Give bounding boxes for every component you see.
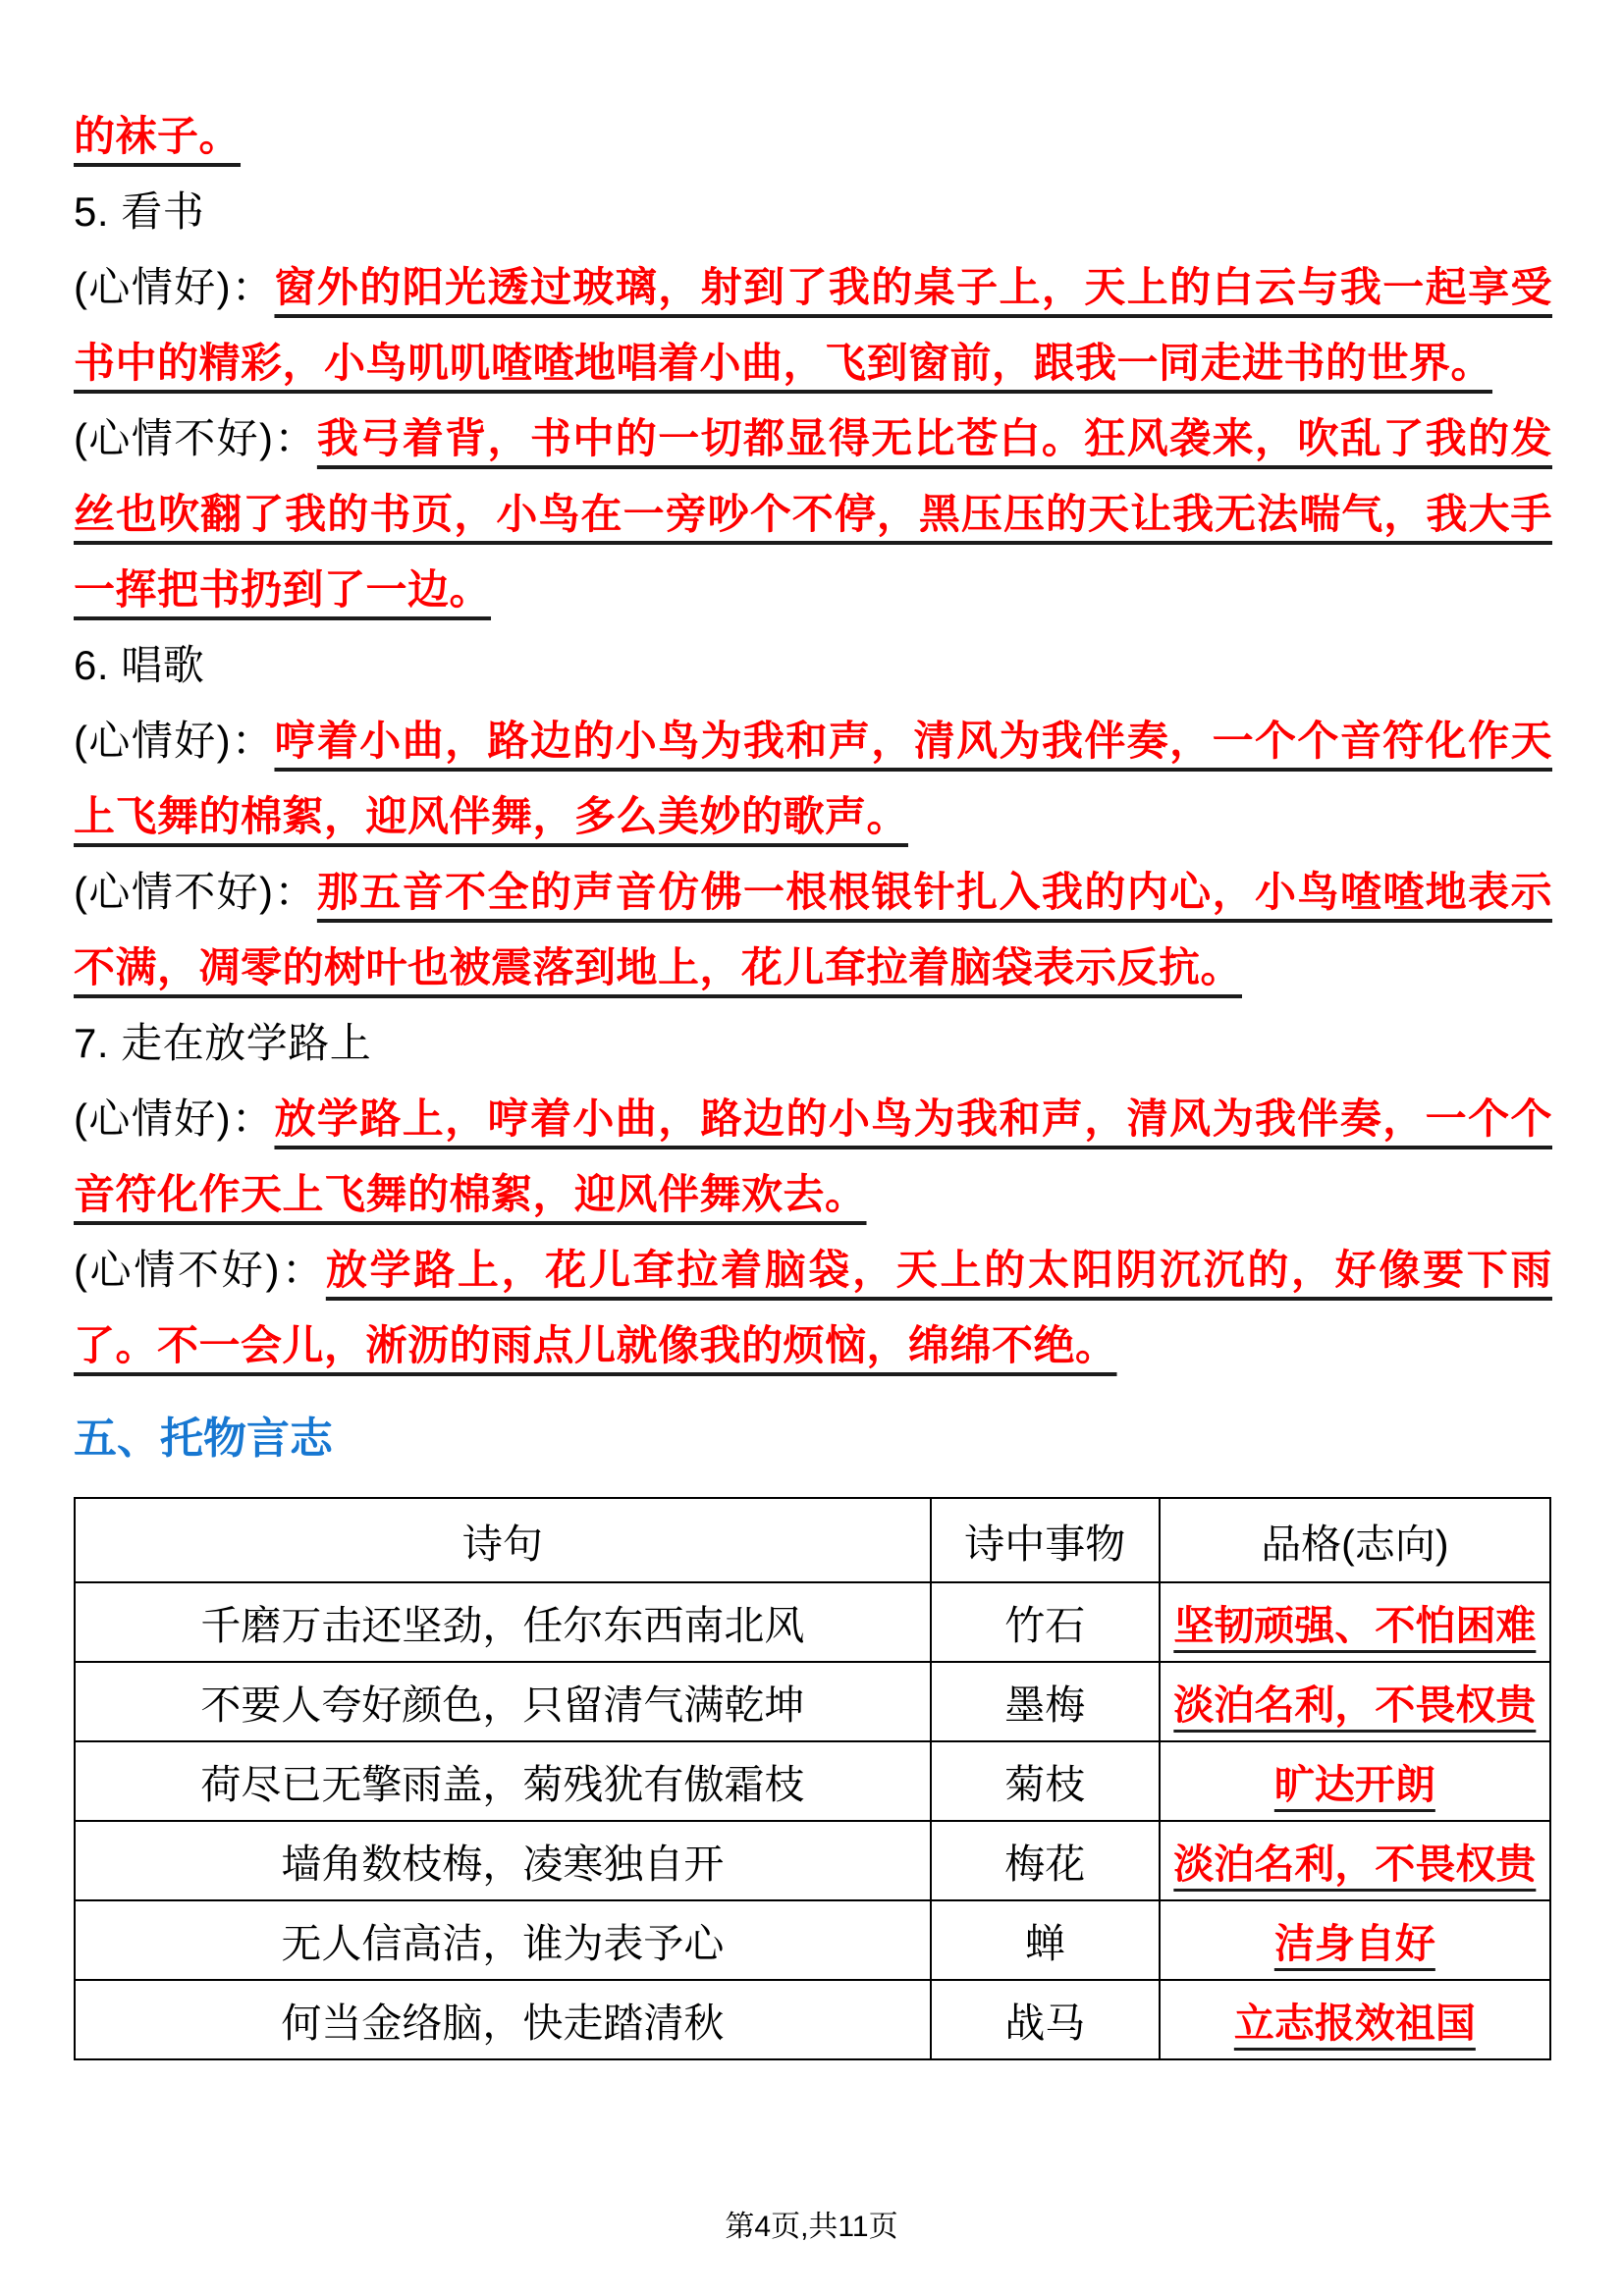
paragraph-tail: 的袜子。 [74, 98, 1552, 174]
mood-bad-paragraph-walking: (心情不好)：放学路上，花儿耷拉着脑袋，天上的太阳阴沉沉的，好像要下雨了。不一会… [74, 1232, 1552, 1383]
mood-label: (心情不好)： [74, 415, 317, 461]
poem-cell: 墙角数枝梅，凌寒独自开 [75, 1821, 931, 1900]
table-row: 荷尽已无擎雨盖，菊残犹有傲霜枝 菊枝 旷达开朗 [75, 1741, 1550, 1821]
page-number-footer: 第4页,共11页 [0, 2202, 1623, 2245]
mood-good-paragraph-singing: (心情好)：哼着小曲，路边的小鸟为我和声，清风为我伴奏，一个个音符化作天上飞舞的… [74, 703, 1552, 854]
list-item-heading-5: 5. 看书 [74, 174, 1552, 249]
mood-bad-paragraph-singing: (心情不好)：那五音不全的声音仿佛一根根银针扎入我的内心，小鸟喳喳地表示不满，凋… [74, 854, 1552, 1005]
mood-label: (心情好)： [74, 718, 274, 764]
quality-cell: 洁身自好 [1160, 1900, 1550, 1980]
list-item-heading-7: 7. 走在放学路上 [74, 1005, 1552, 1081]
quality-text: 淡泊名利，不畏权贵 [1173, 1682, 1536, 1728]
column-header-object: 诗中事物 [931, 1498, 1160, 1582]
poem-cell: 何当金络脑，快走踏清秋 [75, 1980, 931, 2059]
column-header-poem: 诗句 [75, 1498, 931, 1582]
poem-cell: 荷尽已无擎雨盖，菊残犹有傲霜枝 [75, 1741, 931, 1821]
quality-cell: 立志报效祖国 [1160, 1980, 1550, 2059]
column-header-quality: 品格(志向) [1160, 1498, 1550, 1582]
quality-text: 洁身自好 [1274, 1921, 1435, 1966]
section-heading-tuowuyanzhi: 五、托物言志 [74, 1409, 1552, 1469]
table-row: 不要人夸好颜色，只留清气满乾坤 墨梅 淡泊名利，不畏权贵 [75, 1662, 1550, 1741]
object-cell: 竹石 [931, 1582, 1160, 1662]
quality-text: 旷达开朗 [1274, 1762, 1435, 1807]
quality-text: 淡泊名利，不畏权贵 [1173, 1842, 1536, 1887]
object-cell: 蝉 [931, 1900, 1160, 1980]
answer-text: 的袜子。 [74, 113, 241, 159]
answer-text: 窗外的阳光透过玻璃，射到了我的桌子上，天上的白云与我一起享受书中的精彩，小鸟叽叽… [74, 264, 1552, 386]
document-page: 的袜子。 5. 看书 (心情好)：窗外的阳光透过玻璃，射到了我的桌子上，天上的白… [0, 0, 1623, 2296]
mood-label: (心情好)： [74, 1095, 274, 1142]
quality-cell: 坚韧顽强、不怕困难 [1160, 1582, 1550, 1662]
poem-cell: 千磨万击还坚劲，任尔东西南北风 [75, 1582, 931, 1662]
document-body: 的袜子。 5. 看书 (心情好)：窗外的阳光透过玻璃，射到了我的桌子上，天上的白… [0, 0, 1623, 2060]
object-cell: 战马 [931, 1980, 1160, 2059]
quality-text: 立志报效祖国 [1234, 2001, 1476, 2046]
object-cell: 墨梅 [931, 1662, 1160, 1741]
answer-text: 放学路上，哼着小曲，路边的小鸟为我和声，清风为我伴奏，一个个音符化作天上飞舞的棉… [74, 1095, 1552, 1217]
table-row: 无人信高洁，谁为表予心 蝉 洁身自好 [75, 1900, 1550, 1980]
tuowu-yanzhi-table: 诗句 诗中事物 品格(志向) 千磨万击还坚劲，任尔东西南北风 竹石 坚韧顽强、不… [74, 1497, 1551, 2060]
mood-good-paragraph-reading: (心情好)：窗外的阳光透过玻璃，射到了我的桌子上，天上的白云与我一起享受书中的精… [74, 249, 1552, 400]
poem-cell: 无人信高洁，谁为表予心 [75, 1900, 931, 1980]
object-cell: 梅花 [931, 1821, 1160, 1900]
poem-cell: 不要人夸好颜色，只留清气满乾坤 [75, 1662, 931, 1741]
table-header-row: 诗句 诗中事物 品格(志向) [75, 1498, 1550, 1582]
table-row: 墙角数枝梅，凌寒独自开 梅花 淡泊名利，不畏权贵 [75, 1821, 1550, 1900]
quality-cell: 淡泊名利，不畏权贵 [1160, 1821, 1550, 1900]
mood-bad-paragraph-reading: (心情不好)：我弓着背，书中的一切都显得无比苍白。狂风袭来，吹乱了我的发丝也吹翻… [74, 400, 1552, 627]
quality-cell: 旷达开朗 [1160, 1741, 1550, 1821]
object-cell: 菊枝 [931, 1741, 1160, 1821]
quality-text: 坚韧顽强、不怕困难 [1173, 1603, 1536, 1648]
mood-label: (心情不好)： [74, 1247, 326, 1293]
table-row: 千磨万击还坚劲，任尔东西南北风 竹石 坚韧顽强、不怕困难 [75, 1582, 1550, 1662]
mood-label: (心情好)： [74, 264, 274, 310]
mood-label: (心情不好)： [74, 869, 317, 915]
list-item-heading-6: 6. 唱歌 [74, 627, 1552, 703]
quality-cell: 淡泊名利，不畏权贵 [1160, 1662, 1550, 1741]
answer-text: 哼着小曲，路边的小鸟为我和声，清风为我伴奏，一个个音符化作天上飞舞的棉絮，迎风伴… [74, 718, 1552, 839]
table-row: 何当金络脑，快走踏清秋 战马 立志报效祖国 [75, 1980, 1550, 2059]
mood-good-paragraph-walking: (心情好)：放学路上，哼着小曲，路边的小鸟为我和声，清风为我伴奏，一个个音符化作… [74, 1081, 1552, 1232]
